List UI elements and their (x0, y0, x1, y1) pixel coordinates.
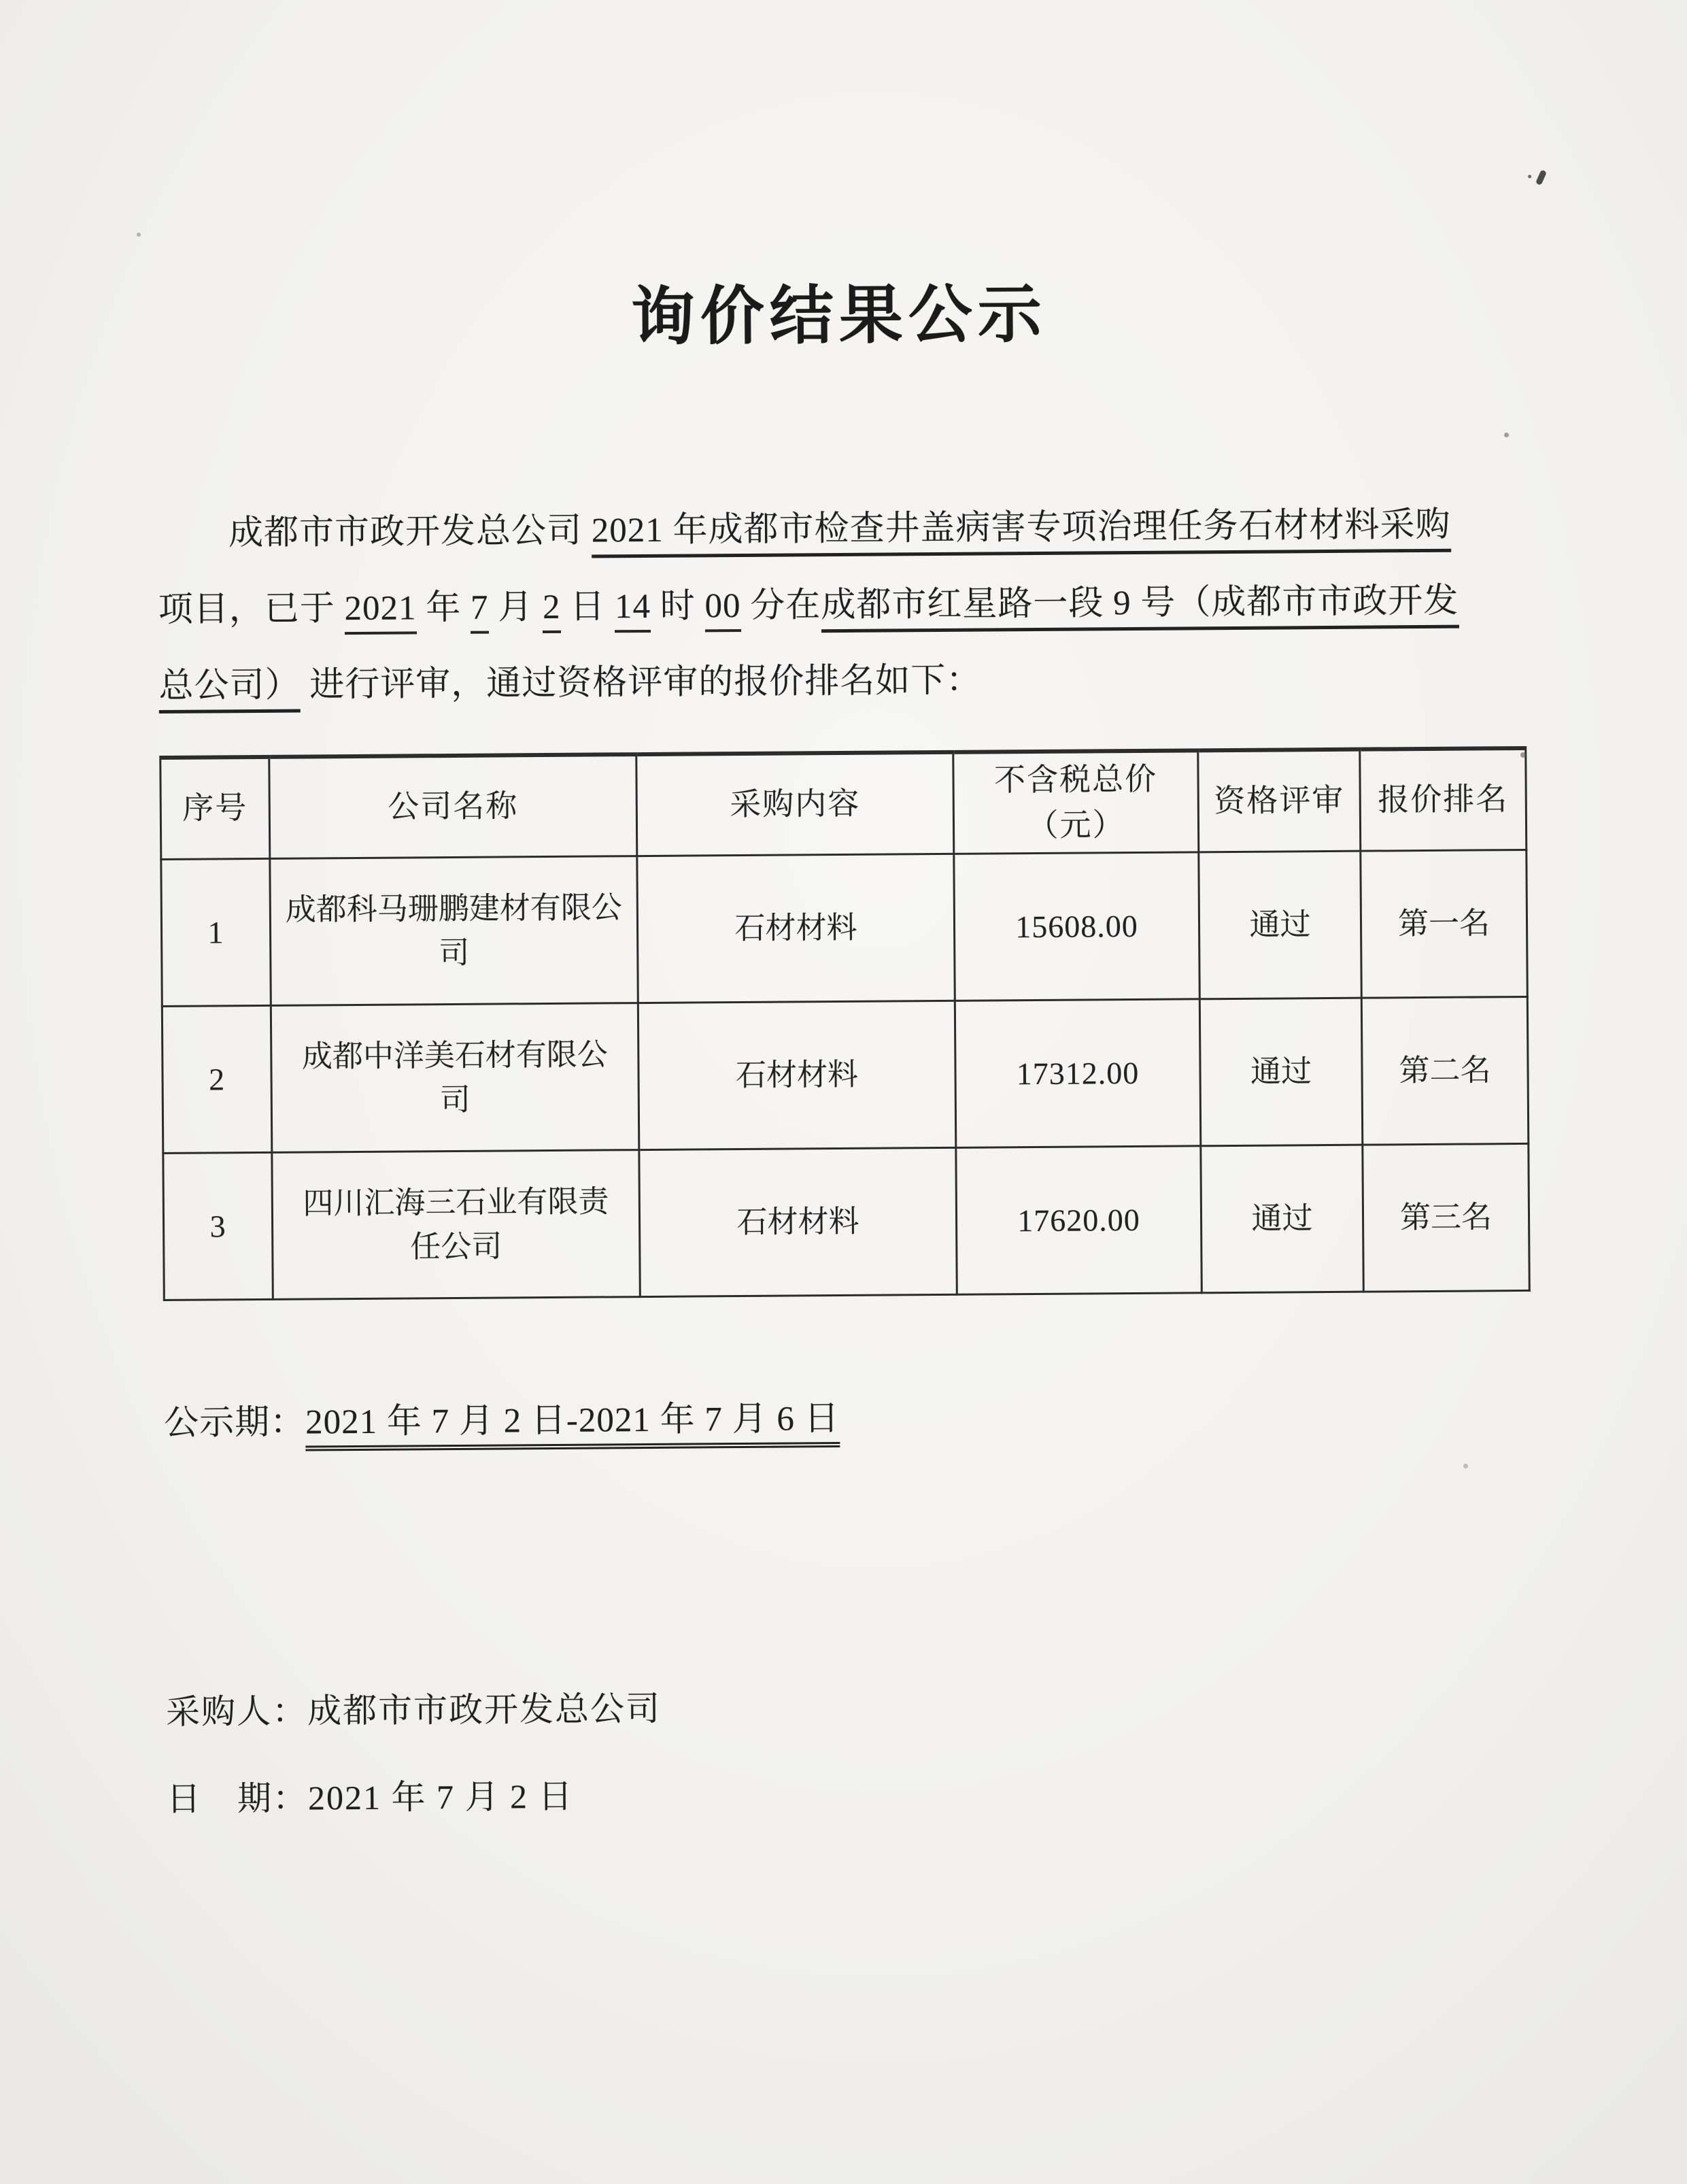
underlined-text-segment: 成都市红星路一段 9 号（成都市市政开发 (821, 582, 1459, 633)
col-header-review: 资格评审 (1198, 750, 1361, 853)
intro-paragraph: 成都市市政开发总公司 2021 年成都市检查井盖病害专项治理任务石材材料采购 项… (158, 486, 1524, 724)
table-row-3: 3 四川汇海三石业有限责 任公司 石材材料 17620.00 通过 第三名 (163, 1144, 1529, 1300)
text-segment: 日 (560, 588, 615, 626)
cell-company: 四川汇海三石业有限责 任公司 (272, 1150, 640, 1300)
intro-line-1: 成都市市政开发总公司 2021 年成都市检查井盖病害专项治理任务石材材料采购 (158, 486, 1524, 572)
text-segment: 分在 (740, 586, 821, 625)
text-segment: 月 (488, 588, 543, 627)
cell-seq: 3 (163, 1153, 273, 1300)
intro-line-2: 项目，已于 2021 年 7 月 2 日 14 时 00 分在成都市红星路一段 … (158, 562, 1524, 648)
col-header-company: 公司名称 (269, 754, 637, 859)
page-title: 询价结果公示 (156, 266, 1522, 365)
table-row-2: 2 成都中洋美石材有限公 司 石材材料 17312.00 通过 第二名 (162, 997, 1528, 1154)
scan-artifact (137, 233, 141, 237)
bid-result-table: 序号 公司名称 采购内容 不含税总价 （元） 资格评审 报价排名 1 成都科马珊… (159, 746, 1531, 1301)
table-header-row: 序号 公司名称 采购内容 不含税总价 （元） 资格评审 报价排名 (160, 748, 1527, 860)
underlined-text-segment: 2021 年 7 月 2 日-2021 年 7 月 6 日 (305, 1400, 840, 1451)
cell-company: 成都科马珊鹏建材有限公司 (270, 856, 638, 1006)
date-line: 日 期：2021 年 7 月 2 日 (167, 1765, 1532, 1824)
date-value: 2021 年 7 月 2 日 (308, 1777, 574, 1817)
text-segment: 成都市市政开发总公司 (228, 512, 592, 553)
cell-price: 17620.00 (956, 1146, 1202, 1295)
underlined-text-segment: 2021 (344, 589, 416, 635)
scan-artifact (1463, 1464, 1468, 1468)
cell-content: 石材材料 (637, 854, 955, 1003)
cell-rank: 第一名 (1361, 850, 1528, 998)
underlined-text-segment: 总公司） (158, 667, 300, 713)
cell-review: 通过 (1199, 998, 1363, 1147)
underlined-text-segment: 14 (615, 588, 651, 633)
cell-rank: 第三名 (1363, 1144, 1530, 1292)
underlined-text-segment: 00 (704, 587, 740, 632)
col-header-rank: 报价排名 (1360, 748, 1527, 852)
document-content: 询价结果公示 成都市市政开发总公司 2021 年成都市检查井盖病害专项治理任务石… (154, 0, 1533, 1824)
purchaser-label: 采购人： (166, 1692, 307, 1731)
date-label: 日 期： (167, 1779, 308, 1818)
col-header-content: 采购内容 (636, 752, 954, 856)
purchaser-value: 成都市市政开发总公司 (307, 1690, 661, 1730)
scan-artifact (1535, 169, 1547, 186)
text-segment: 时 (651, 587, 705, 626)
col-header-seq: 序号 (160, 757, 270, 860)
cell-review: 通过 (1199, 852, 1362, 1000)
underlined-text-segment: 2 (543, 588, 561, 633)
cell-company: 成都中洋美石材有限公 司 (271, 1003, 638, 1153)
text-segment: 年 (416, 589, 471, 628)
cell-price: 17312.00 (955, 999, 1200, 1148)
table-row-1: 1 成都科马珊鹏建材有限公司 石材材料 15608.00 通过 第一名 (161, 850, 1527, 1007)
cell-seq: 1 (161, 859, 271, 1007)
text-segment: 项目，已于 (158, 590, 345, 629)
scan-artifact (1504, 433, 1509, 437)
scanned-document-page: 询价结果公示 成都市市政开发总公司 2021 年成都市检查井盖病害专项治理任务石… (0, 0, 1687, 2184)
text-segment: 公示期： (164, 1404, 305, 1443)
cell-content: 石材材料 (639, 1148, 957, 1297)
underlined-text-segment: 7 (471, 589, 489, 634)
intro-line-3: 总公司） 进行评审，通过资格评审的报价排名如下： (158, 639, 1524, 724)
cell-seq: 2 (162, 1006, 272, 1154)
cell-rank: 第二名 (1361, 997, 1529, 1145)
purchaser-line: 采购人：成都市市政开发总公司 (166, 1678, 1531, 1736)
col-header-price: 不含税总价 （元） (953, 750, 1199, 854)
publicity-period-line: 公示期：2021 年 7 月 2 日-2021 年 7 月 6 日 (164, 1376, 1530, 1462)
scan-artifact (1520, 752, 1526, 758)
cell-price: 15608.00 (954, 852, 1199, 1001)
cell-content: 石材材料 (638, 1001, 955, 1150)
underlined-text-segment: 2021 年成都市检查井盖病害专项治理任务石材材料采购 (592, 506, 1451, 558)
text-segment: 进行评审，通过资格评审的报价排名如下： (300, 662, 981, 705)
cell-review: 通过 (1201, 1145, 1364, 1294)
